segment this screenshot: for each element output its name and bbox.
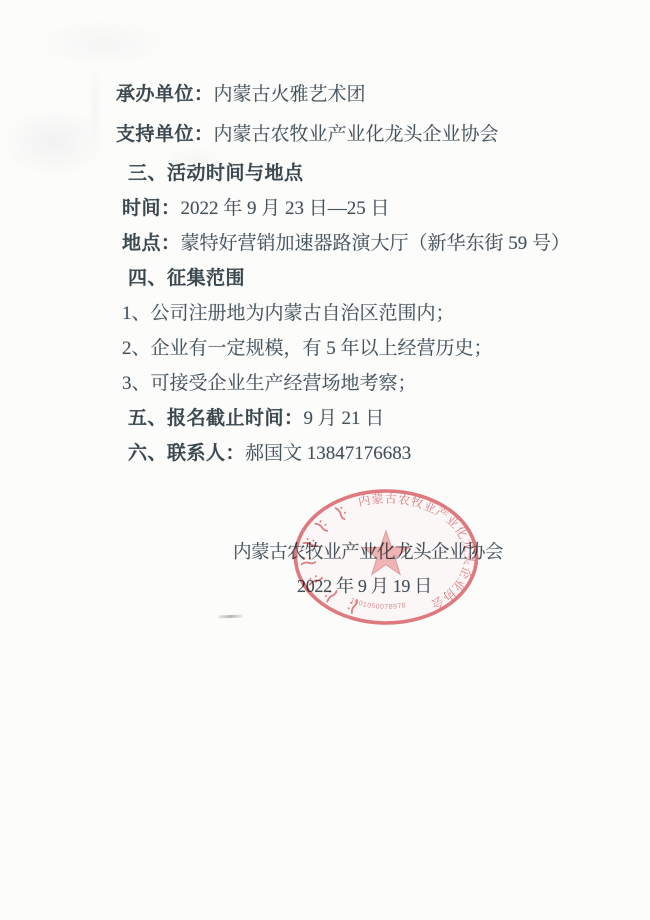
doc-line-text: 内蒙古农牧业产业化龙头企业协会: [214, 124, 499, 145]
doc-line-text: 1、公司注册地为内蒙古自治区范围内；: [122, 303, 455, 324]
doc-line-time: 时间：2022 年 9 月 23 日—25 日: [0, 191, 650, 226]
scanned-document-page: 承办单位：内蒙古火雅艺术团 支持单位：内蒙古农牧业产业化龙头企业协会 三、活动时…: [0, 0, 650, 920]
doc-line-label: 支持单位：: [116, 124, 214, 145]
doc-line-label: 承办单位：: [116, 84, 214, 105]
doc-line-text: 2022 年 9 月 23 日—25 日: [181, 198, 390, 219]
doc-line-text: 蒙特好营销加速器路演大厅（新华东街 59 号）: [181, 233, 571, 254]
scan-smudge: [8, 8, 198, 78]
doc-line-label: 六、联系人：: [128, 443, 245, 464]
doc-line-label: 地点：: [122, 233, 181, 254]
doc-line-supporter: 支持单位：内蒙古农牧业产业化龙头企业协会: [0, 117, 650, 152]
doc-item-2: 2、企业有一定规模，有 5 年以上经营历史；: [0, 331, 650, 366]
doc-heading-4: 四、征集范围: [0, 261, 650, 296]
doc-item-3: 3、可接受企业生产经营场地考察；: [0, 366, 650, 401]
doc-line-text: 郝国文 13847176683: [245, 443, 411, 464]
doc-line-label: 时间：: [122, 198, 181, 219]
doc-line-text: 内蒙古火雅艺术团: [214, 84, 366, 105]
doc-heading-label: 四、征集范围: [128, 268, 245, 289]
scan-artifact-dash: [218, 615, 243, 619]
doc-line-organizer: 承办单位：内蒙古火雅艺术团: [0, 77, 650, 112]
official-seal-stamp: 内蒙古农牧业产业化龙头企业协会 1501050078978: [286, 487, 486, 631]
doc-line-label: 五、报名截止时间：: [128, 408, 304, 429]
document-body: 承办单位：内蒙古火雅艺术团 支持单位：内蒙古农牧业产业化龙头企业协会 三、活动时…: [0, 77, 650, 471]
doc-line-text: 2、企业有一定规模，有 5 年以上经营历史；: [122, 338, 493, 359]
doc-item-1: 1、公司注册地为内蒙古自治区范围内；: [0, 296, 650, 331]
doc-heading-label: 三、活动时间与地点: [128, 163, 304, 184]
doc-line-deadline: 五、报名截止时间：9 月 21 日: [0, 401, 650, 436]
doc-line-text: 9 月 21 日: [304, 408, 385, 429]
doc-line-location: 地点：蒙特好营销加速器路演大厅（新华东街 59 号）: [0, 226, 650, 261]
doc-line-text: 3、可接受企业生产经营场地考察；: [122, 373, 417, 394]
doc-heading-3: 三、活动时间与地点: [0, 156, 650, 191]
doc-line-contact: 六、联系人：郝国文 13847176683: [0, 436, 650, 471]
